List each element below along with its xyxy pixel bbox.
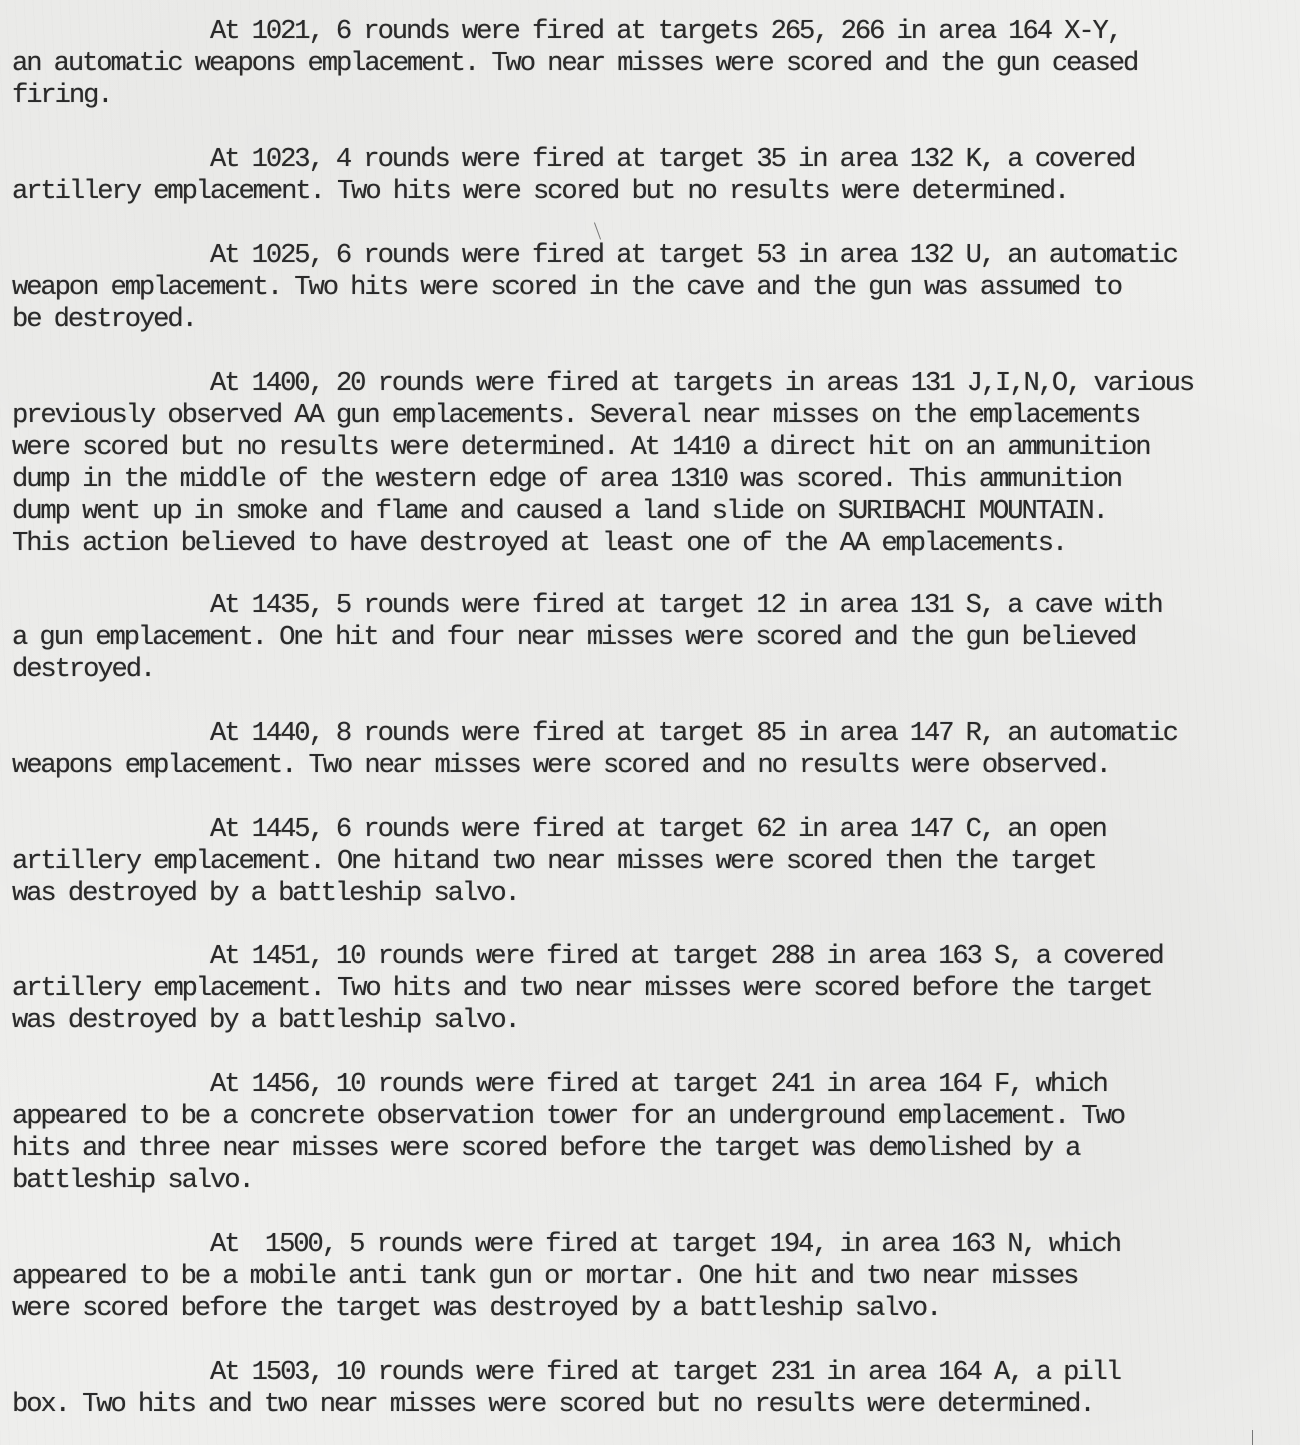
text-line: battleship salvo. [12,1165,1297,1197]
text-line: appeared to be a concrete observation to… [12,1101,1297,1133]
text-line: were scored but no results were determin… [12,432,1297,464]
pen-mark [1252,1430,1253,1445]
text-line: At 1400, 20 rounds were fired at targets… [12,368,1297,400]
text-line: dump went up in smoke and flame and caus… [12,496,1297,528]
text-line: At 1456, 10 rounds were fired at target … [12,1069,1297,1101]
text-line: artillery emplacement. Two hits were sco… [12,176,1297,208]
text-line: At 1023, 4 rounds were fired at target 3… [12,144,1297,176]
text-line: At 1445, 6 rounds were fired at target 6… [12,814,1297,846]
paragraph-1025: At 1025, 6 rounds were fired at target 5… [12,240,1297,336]
text-line: At 1451, 10 rounds were fired at target … [12,941,1297,973]
text-line: firing. [12,80,1297,112]
text-line: At 1500, 5 rounds were fired at target 1… [12,1229,1297,1261]
paragraph-1451: At 1451, 10 rounds were fired at target … [12,941,1297,1037]
paragraph-1400: At 1400, 20 rounds were fired at targets… [12,368,1297,560]
text-line: At 1440, 8 rounds were fired at target 8… [12,718,1297,750]
text-line: weapon emplacement. Two hits were scored… [12,272,1297,304]
text-line: an automatic weapons emplacement. Two ne… [12,48,1297,80]
paragraph-1456: At 1456, 10 rounds were fired at target … [12,1069,1297,1197]
paragraph-1440: At 1440, 8 rounds were fired at target 8… [12,718,1297,782]
text-line: appeared to be a mobile anti tank gun or… [12,1261,1297,1293]
pen-mark [594,222,601,239]
text-line: artillery emplacement. One hitand two ne… [12,846,1297,878]
text-line: artillery emplacement. Two hits and two … [12,973,1297,1005]
text-line: were scored before the target was destro… [12,1293,1297,1325]
paragraph-1021: At 1021, 6 rounds were fired at targets … [12,16,1297,112]
text-line: previously observed AA gun emplacements.… [12,400,1297,432]
text-line: hits and three near misses were scored b… [12,1133,1297,1165]
text-line: At 1021, 6 rounds were fired at targets … [12,16,1297,48]
text-line: was destroyed by a battleship salvo. [12,1005,1297,1037]
text-line: At 1435, 5 rounds were fired at target 1… [12,590,1297,622]
paragraph-1023: At 1023, 4 rounds were fired at target 3… [12,144,1297,208]
text-line: weapons emplacement. Two near misses wer… [12,750,1297,782]
text-line: a gun emplacement. One hit and four near… [12,622,1297,654]
text-line: This action believed to have destroyed a… [12,528,1297,560]
text-line: was destroyed by a battleship salvo. [12,878,1297,910]
text-line: At 1025, 6 rounds were fired at target 5… [12,240,1297,272]
text-line: destroyed. [12,654,1297,686]
paragraph-1503: At 1503, 10 rounds were fired at target … [12,1357,1297,1421]
text-line: be destroyed. [12,304,1297,336]
paragraph-1445: At 1445, 6 rounds were fired at target 6… [12,814,1297,910]
paragraph-1435: At 1435, 5 rounds were fired at target 1… [12,590,1297,686]
text-line: dump in the middle of the western edge o… [12,464,1297,496]
text-line: box. Two hits and two near misses were s… [12,1389,1297,1421]
text-line: At 1503, 10 rounds were fired at target … [12,1357,1297,1389]
typewritten-page: At 1021, 6 rounds were fired at targets … [0,0,1300,1445]
paragraph-1500: At 1500, 5 rounds were fired at target 1… [12,1229,1297,1325]
